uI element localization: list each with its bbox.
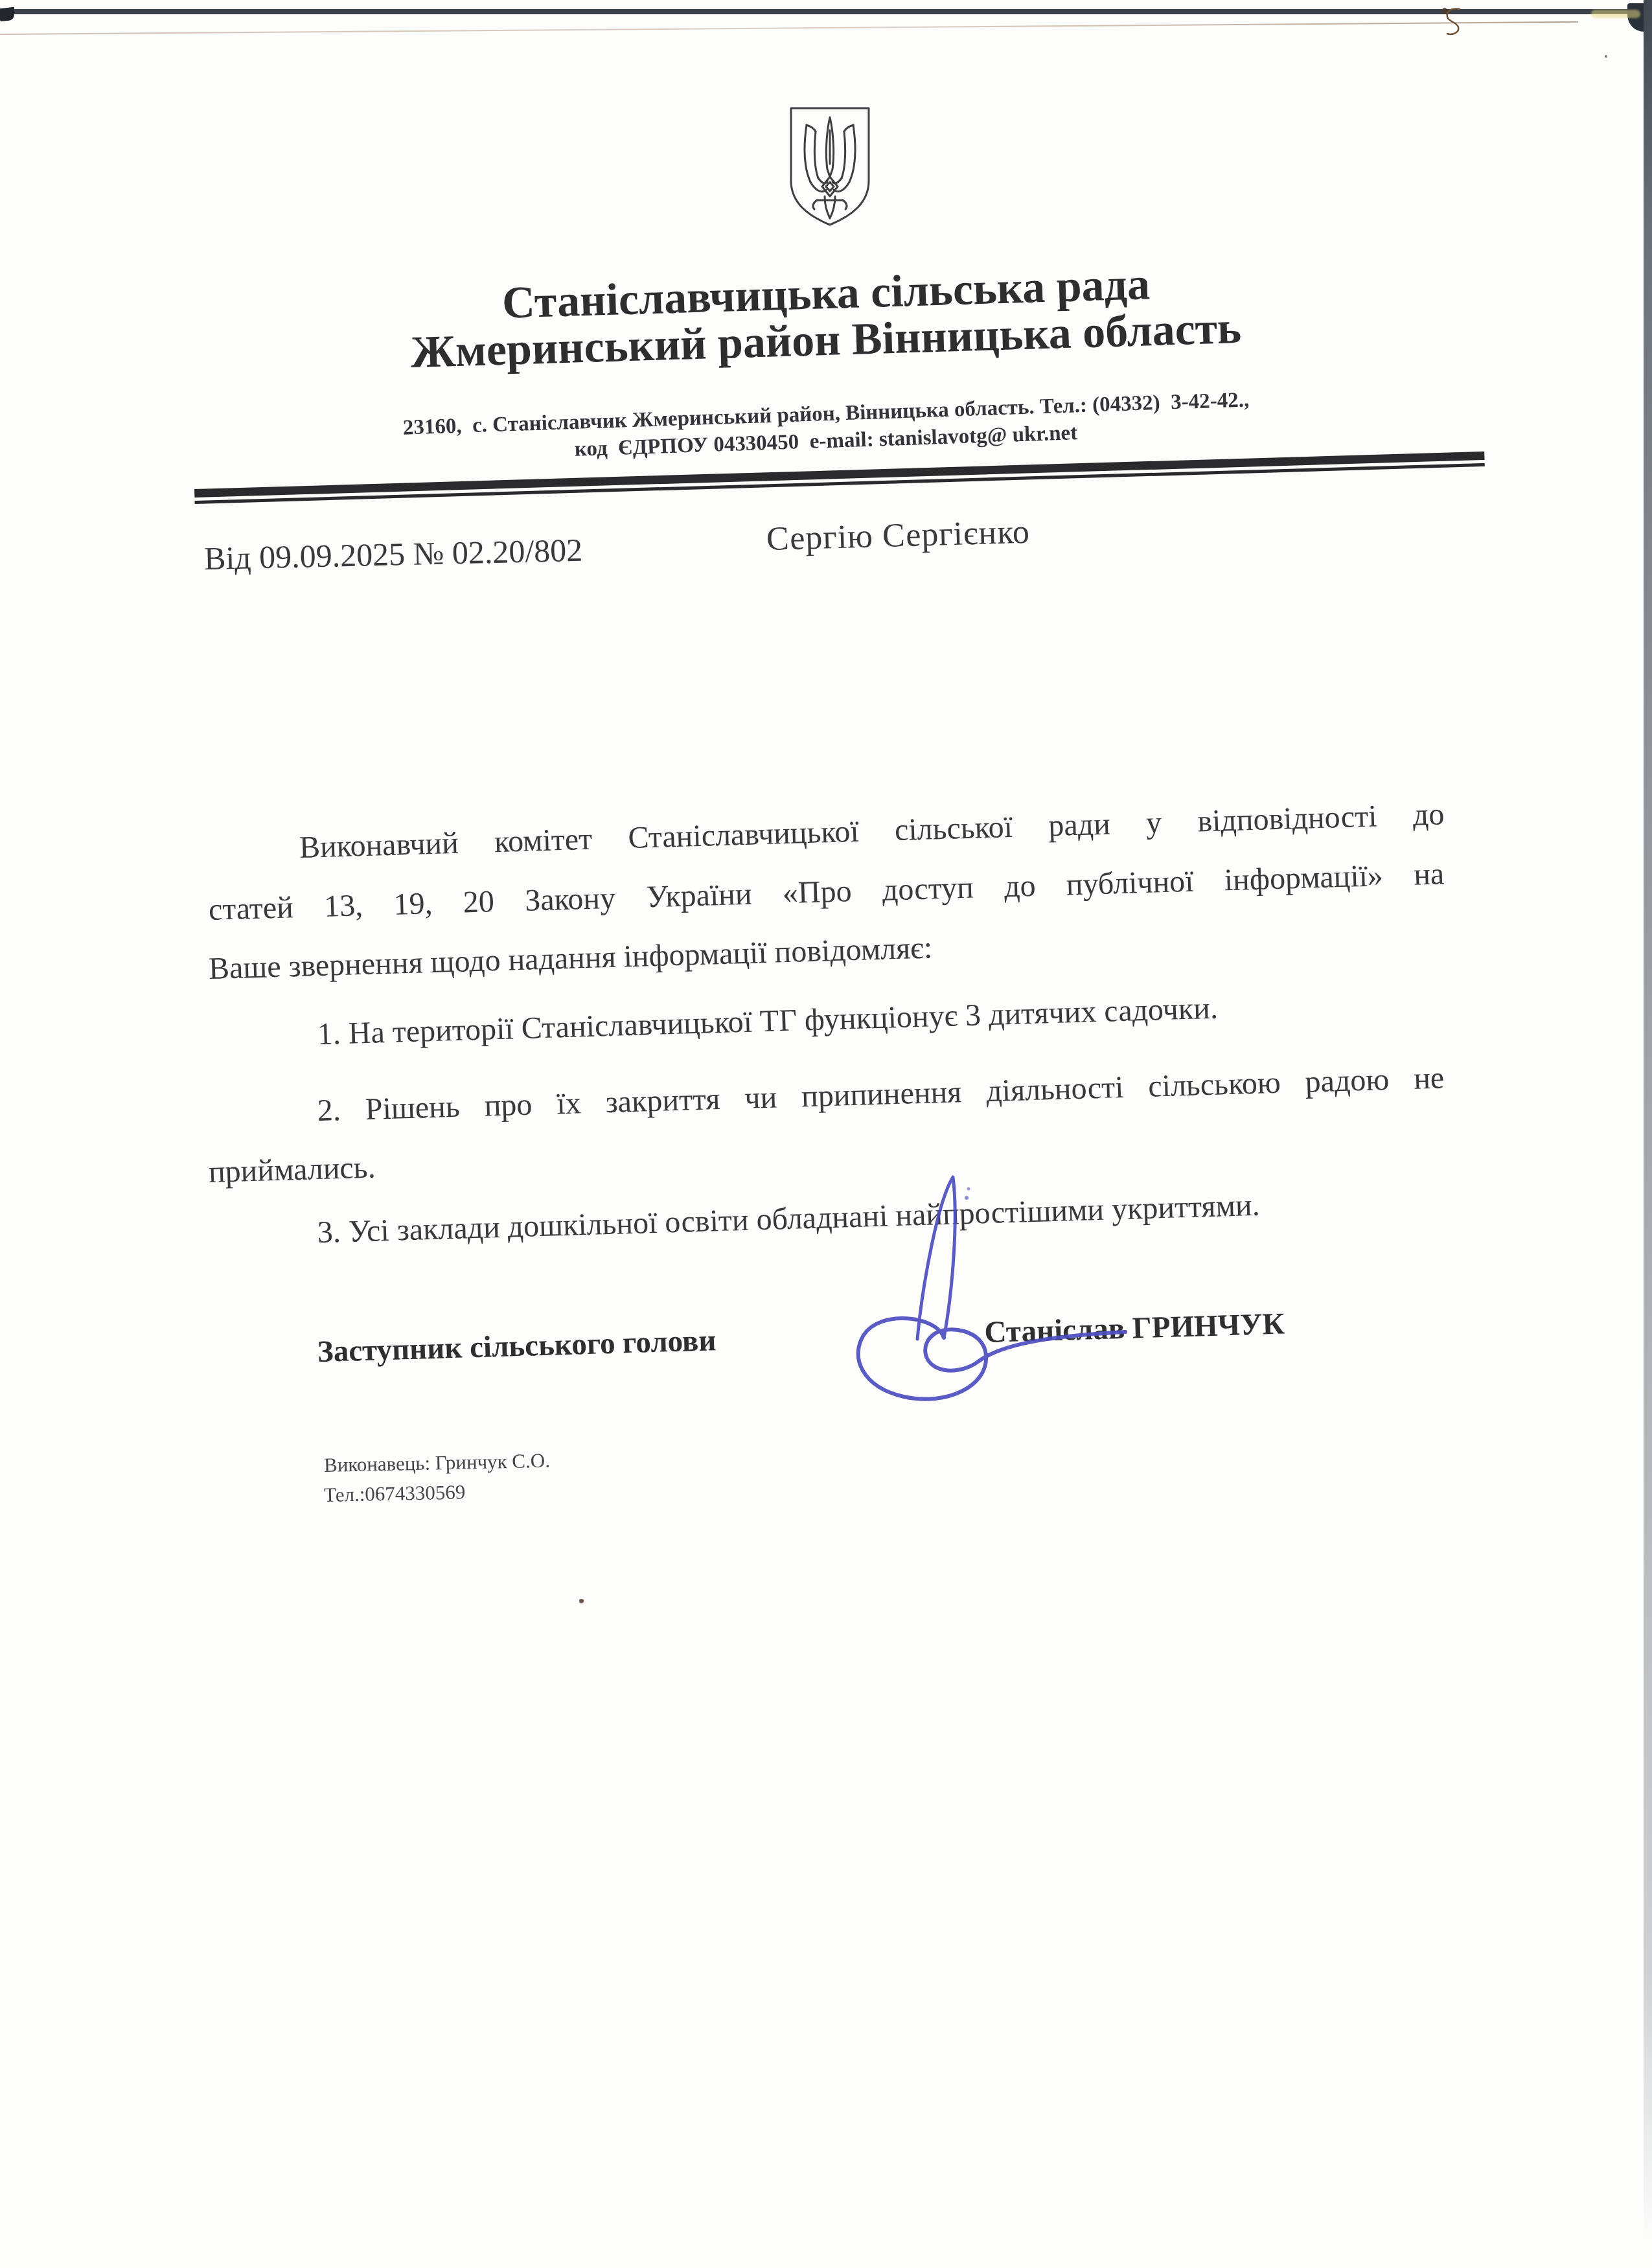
handwritten-page-mark-icon (1440, 6, 1468, 36)
signature-row: Заступник сільського голови Станіслав ГР… (208, 1300, 1445, 1375)
list-item-3: 3. Усі заклади дошкільної освіти обладна… (208, 1180, 1445, 1255)
handwritten-signature (842, 1163, 1140, 1406)
scanned-letter-page: Станіславчицька сільська рада Жмеринськи… (0, 0, 1652, 2268)
scan-top-edge (0, 9, 1652, 14)
scan-top-left-corner (0, 7, 14, 21)
outgoing-reference-number: Від 09.09.2025 № 02.20/802 (203, 531, 582, 578)
executor-phone-line: Тел.:0674330569 (324, 1479, 466, 1508)
ink-speck (579, 1599, 584, 1603)
body-paragraph-line: статей 13, 19, 20 Закону України «Про до… (208, 854, 1445, 930)
ukraine-trident-emblem-icon (785, 104, 875, 229)
addressee-name: Сергію Сергієнко (766, 513, 1030, 559)
signer-position-title: Заступник сільського голови (208, 1321, 717, 1375)
body-paragraph-line: Виконавчий комітет Станіславчицької сіль… (208, 795, 1445, 870)
list-item-1: 1. На території Станіславчицької ТГ функ… (208, 982, 1445, 1057)
executor-name-line: Виконавець: Гринчук С.О. (324, 1448, 551, 1478)
paper-crease-line (0, 21, 1578, 35)
highlighter-smudge (1591, 10, 1640, 18)
list-item-2-line2: приймались. (208, 1117, 1445, 1192)
dust-speck (1605, 55, 1607, 58)
body-paragraph-line: Ваше звернення щодо надання інформації п… (208, 913, 1445, 989)
